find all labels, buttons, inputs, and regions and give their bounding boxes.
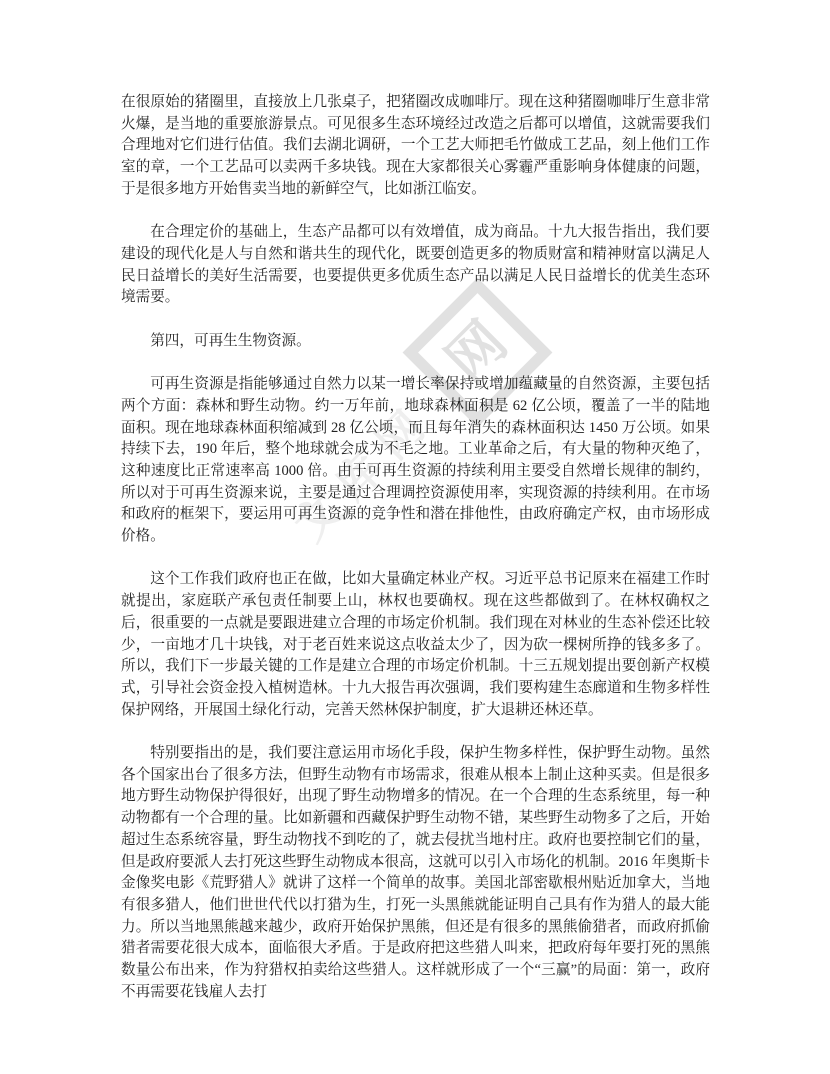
- paragraph-pig-pen-cafe: 在很原始的猪圈里，直接放上几张桌子，把猪圈改成咖啡厅。现在这种猪圈咖啡厅生意非常…: [121, 92, 710, 201]
- document-page: 文库网 网 在很原始的猪圈里，直接放上几张桌子，把猪圈改成咖啡厅。现在这种猪圈咖…: [0, 0, 830, 1074]
- paragraph-eco-product-pricing: 在合理定价的基础上，生态产品都可以有效增值，成为商品。十九大报告指出，我们要建设…: [121, 222, 710, 309]
- document-body: 在很原始的猪圈里，直接放上几张桌子，把猪圈改成咖啡厅。现在这种猪圈咖啡厅生意非常…: [121, 92, 710, 1003]
- paragraph-forest-property-rights: 这个工作我们政府也正在做，比如大量确定林业产权。习近平总书记原来在福建工作时就提…: [121, 569, 710, 721]
- paragraph-renewable-resources-definition: 可再生资源是指能够通过自然力以某一增长率保持或增加蕴藏量的自然资源，主要包括两个…: [121, 374, 710, 548]
- paragraph-wildlife-market-mechanism: 特别要指出的是，我们要注意运用市场化手段，保护生物多样性，保护野生动物。虽然各个…: [121, 743, 710, 1003]
- paragraph-heading-renewable-bio-resources: 第四，可再生生物资源。: [121, 331, 710, 353]
